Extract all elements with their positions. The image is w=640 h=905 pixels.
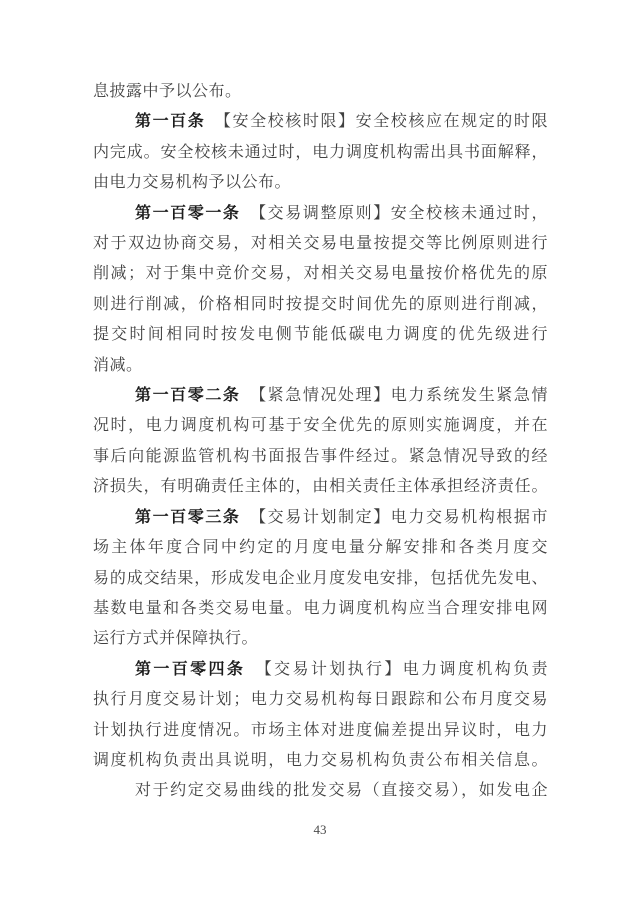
text-line: 削减；对于集中竞价交易，对相关交易电量按价格优先的原	[93, 259, 548, 289]
article-number: 第一百零二条	[135, 387, 241, 404]
line-text: 消减。	[93, 357, 143, 374]
line-text: 济损失，有明确责任主体的，由相关责任主体承担经济责任。	[93, 478, 548, 495]
text-line: 易的成交结果，形成发电企业月度发电安排，包括优先发电、	[93, 564, 548, 594]
text-line: 第一百条 【安全校核时限】安全校核应在规定的时限	[93, 107, 548, 137]
line-text: 对于约定交易曲线的批发交易（直接交易），如发电企	[135, 782, 548, 799]
text-line: 执行月度交易计划；电力交易机构每日跟踪和公布月度交易	[93, 685, 548, 715]
line-text: 【交易调整原则】安全校核未通过时，	[241, 205, 548, 222]
page-number: 43	[0, 822, 640, 838]
article-number: 第一百零三条	[135, 509, 241, 526]
line-text: 内完成。安全校核未通过时，电力调度机构需出具书面解释，	[93, 144, 548, 161]
line-text: 息披露中予以公布。	[93, 83, 242, 100]
line-text: 基数电量和各类交易电量。电力调度机构应当合理安排电网	[93, 600, 548, 617]
text-line: 况时，电力调度机构可基于安全优先的原则实施调度，并在	[93, 411, 548, 441]
text-line: 济损失，有明确责任主体的，由相关责任主体承担经济责任。	[93, 472, 548, 502]
line-text: 执行月度交易计划；电力交易机构每日跟踪和公布月度交易	[93, 691, 548, 708]
text-line: 基数电量和各类交易电量。电力调度机构应当合理安排电网	[93, 594, 548, 624]
text-line: 对于双边协商交易，对相关交易电量按提交等比例原则进行	[93, 229, 548, 259]
line-text: 事后向能源监管机构书面报告事件经过。紧急情况导致的经	[93, 448, 548, 465]
line-text: 由电力交易机构予以公布。	[93, 174, 291, 191]
document-text-block: 息披露中予以公布。 第一百条 【安全校核时限】安全校核应在规定的时限 内完成。安…	[93, 77, 548, 807]
line-text: 况时，电力调度机构可基于安全优先的原则实施调度，并在	[93, 417, 548, 434]
text-line: 对于约定交易曲线的批发交易（直接交易），如发电企	[93, 776, 548, 806]
line-text: 计划执行进度情况。市场主体对进度偏差提出异议时，电力	[93, 722, 548, 739]
text-line: 则进行削减，价格相同时按提交时间优先的原则进行削减，	[93, 290, 548, 320]
text-line: 息披露中予以公布。	[93, 77, 548, 107]
text-line: 调度机构负责出具说明，电力交易机构负责公布相关信息。	[93, 746, 548, 776]
line-text: 【安全校核时限】安全校核应在规定的时限	[205, 113, 548, 130]
line-text: 提交时间相同时按发电侧节能低碳电力调度的优先级进行	[93, 326, 548, 343]
text-line: 内完成。安全校核未通过时，电力调度机构需出具书面解释，	[93, 138, 548, 168]
text-line: 由电力交易机构予以公布。	[93, 168, 548, 198]
article-number: 第一百零一条	[135, 205, 241, 222]
text-line: 第一百零三条 【交易计划制定】电力交易机构根据市	[93, 503, 548, 533]
line-text: 运行方式并保障执行。	[93, 630, 258, 647]
text-line: 第一百零二条 【紧急情况处理】电力系统发生紧急情	[93, 381, 548, 411]
line-text: 【交易计划执行】电力调度机构负责	[245, 661, 548, 678]
line-text: 【交易计划制定】电力交易机构根据市	[241, 509, 548, 526]
text-line: 运行方式并保障执行。	[93, 624, 548, 654]
text-line: 提交时间相同时按发电侧节能低碳电力调度的优先级进行	[93, 320, 548, 350]
line-text: 调度机构负责出具说明，电力交易机构负责公布相关信息。	[93, 752, 548, 769]
document-page: 息披露中予以公布。 第一百条 【安全校核时限】安全校核应在规定的时限 内完成。安…	[0, 0, 640, 905]
text-line: 场主体年度合同中约定的月度电量分解安排和各类月度交	[93, 533, 548, 563]
article-number: 第一百条	[135, 113, 205, 130]
line-text: 对于双边协商交易，对相关交易电量按提交等比例原则进行	[93, 235, 548, 252]
text-line: 事后向能源监管机构书面报告事件经过。紧急情况导致的经	[93, 442, 548, 472]
line-text: 易的成交结果，形成发电企业月度发电安排，包括优先发电、	[93, 570, 548, 587]
line-text: 【紧急情况处理】电力系统发生紧急情	[241, 387, 548, 404]
line-text: 削减；对于集中竞价交易，对相关交易电量按价格优先的原	[93, 265, 548, 282]
article-number: 第一百零四条	[135, 661, 245, 678]
text-line: 第一百零四条 【交易计划执行】电力调度机构负责	[93, 655, 548, 685]
line-text: 场主体年度合同中约定的月度电量分解安排和各类月度交	[93, 539, 548, 556]
line-text: 则进行削减，价格相同时按提交时间优先的原则进行削减，	[93, 296, 548, 313]
text-line: 第一百零一条 【交易调整原则】安全校核未通过时，	[93, 199, 548, 229]
text-line: 计划执行进度情况。市场主体对进度偏差提出异议时，电力	[93, 716, 548, 746]
text-line: 消减。	[93, 351, 548, 381]
